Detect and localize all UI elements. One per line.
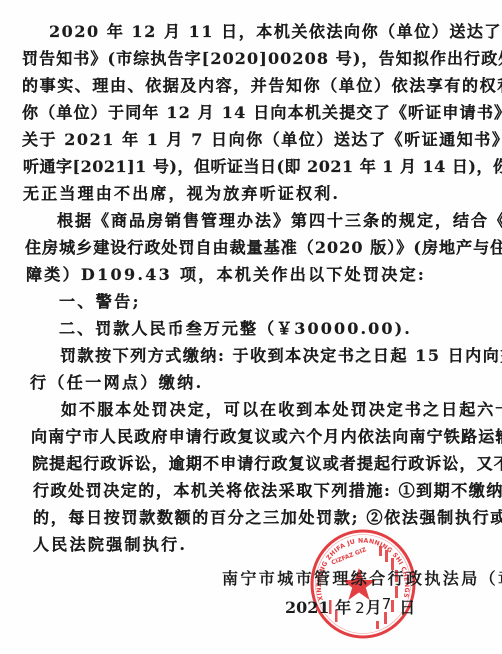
text-line: 障类）D109.43 项，本机关作出以下处罚决定:: [26, 265, 426, 285]
text-line: 向南宁市人民政府申请行政复议或六个月内依法向南宁铁路运输法: [31, 427, 502, 447]
decision-item-fine: 二、罚款人民币叁万元整（￥30000.00).: [59, 319, 412, 339]
document-page: 2020 年 12 月 11 日，本机关依法向你（单位）送达了《行政处 罚告知书…: [0, 0, 502, 654]
text-line: 罚款按下列方式缴纳: 于收到本决定书之日起 15 日内向交通银: [60, 346, 502, 366]
text-line: 人民法院强制执行.: [33, 535, 187, 555]
date-month-unit: 月: [366, 598, 382, 617]
text-line: 住房城乡建设行政处罚自由裁量基准（2020 版）》(房地产与住房保: [25, 238, 502, 258]
text-line: 行政处罚决定的，本机关将依法采取下列措施: ①到期不缴纳罚款: [33, 481, 502, 501]
date-year-unit: 年: [335, 598, 351, 617]
date-day: 7: [382, 595, 392, 613]
date-day-unit: 日: [399, 598, 415, 617]
text-line: 根据《商品房销售管理办法》第四十三条的规定，结合《广西: [57, 211, 502, 231]
text-line: 罚告知书》(市综执告字[2020]00208 号)，告知拟作出行政处罚决定: [22, 49, 502, 69]
text-line: 你（单位）于同年 12 月 14 日向本机关提交了《听证申请书》. 本机: [22, 103, 502, 123]
text-line: 如不服本处罚决定，可以在收到本处罚决定书之日起六十日内: [61, 400, 502, 420]
date-year: 2021: [285, 598, 330, 617]
text-line: 的，每日按罚款数额的百分之三加处罚款; ②依法强制执行或申请: [33, 508, 502, 528]
text-line: 听通字[2021]1 号)，但听证当日(即 2021 年 1 月 14 日)，你…: [23, 157, 502, 177]
issue-date: 2021 年2月7日: [285, 598, 415, 618]
issuing-authority: 南宁市城市管理综合行政执法局（章）: [222, 569, 502, 589]
text-line: 院提起行政诉讼，逾期不申请行政复议或者提起行政诉讼，又不履行: [32, 454, 502, 474]
text-line: 关于 2021 年 1 月 7 日向你（单位）送达了《听证通知书》(市综执: [22, 130, 502, 150]
decision-item-warning: 一、警告;: [59, 292, 141, 312]
text-line: 的事实、理由、依据及内容，并告知你（单位）依法享有的权利.: [22, 76, 502, 96]
text-line: 无正当理由不出席，视为放弃听证权利.: [23, 184, 340, 204]
text-line: 2020 年 12 月 11 日，本机关依法向你（单位）送达了《行政处: [49, 22, 502, 42]
date-month: 2: [355, 599, 365, 617]
text-line: 行（任一网点）缴纳.: [30, 373, 204, 393]
